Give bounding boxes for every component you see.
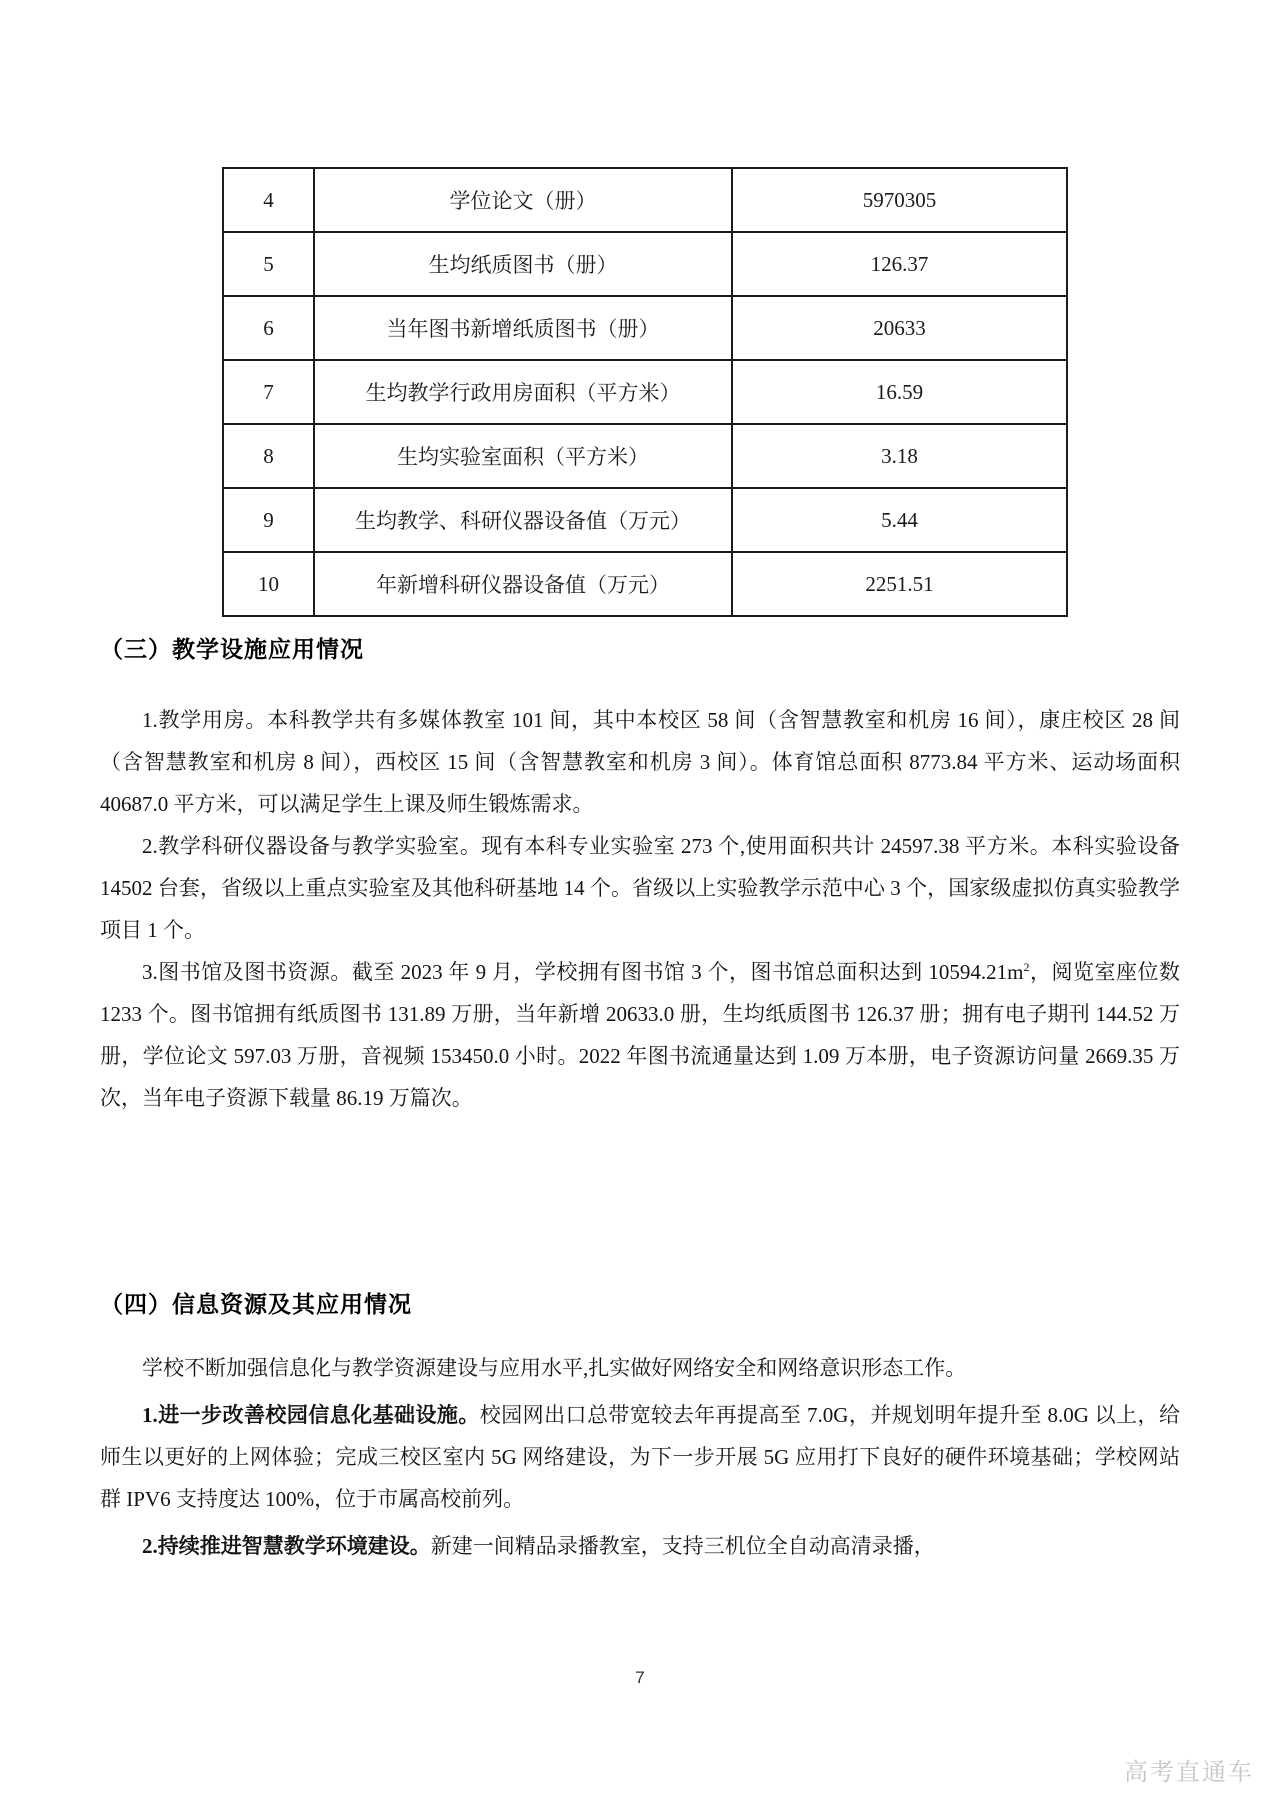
indicator-name-cell: 生均教学行政用房面积（平方米） — [314, 360, 732, 424]
indicator-value-cell: 16.59 — [732, 360, 1067, 424]
row-number-cell: 9 — [223, 488, 314, 552]
indicator-name-cell: 当年图书新增纸质图书（册） — [314, 296, 732, 360]
section-heading-teaching-facilities: （三）教学设施应用情况 — [100, 631, 364, 664]
table-row: 7 生均教学行政用房面积（平方米） 16.59 — [223, 360, 1067, 424]
indicator-name-cell: 学位论文（册） — [314, 168, 732, 232]
paragraph-campus-network: 1.进一步改善校园信息化基础设施。校园网出口总带宽较去年再提高至 7.0G，并规… — [100, 1394, 1180, 1520]
indicator-name-cell: 生均实验室面积（平方米） — [314, 424, 732, 488]
indicator-name-cell: 年新增科研仪器设备值（万元） — [314, 552, 732, 616]
section-body-teaching-facilities: 1.教学用房。本科教学共有多媒体教室 101 间，其中本校区 58 间（含智慧教… — [100, 699, 1180, 1119]
indicator-value-cell: 5970305 — [732, 168, 1067, 232]
table-row: 8 生均实验室面积（平方米） 3.18 — [223, 424, 1067, 488]
indicator-name-cell: 生均纸质图书（册） — [314, 232, 732, 296]
indicator-value-cell: 2251.51 — [732, 552, 1067, 616]
table-row: 6 当年图书新增纸质图书（册） 20633 — [223, 296, 1067, 360]
section-body-information-resources: 学校不断加强信息化与教学资源建设与应用水平,扎实做好网络安全和网络意识形态工作。… — [100, 1347, 1180, 1567]
indicator-value-cell: 126.37 — [732, 232, 1067, 296]
paragraph-text: 3.图书馆及图书资源。截至 2023 年 9 月，学校拥有图书馆 3 个，图书馆… — [142, 960, 1023, 984]
table-row: 10 年新增科研仪器设备值（万元） 2251.51 — [223, 552, 1067, 616]
row-number-cell: 5 — [223, 232, 314, 296]
paragraph-info-intro: 学校不断加强信息化与教学资源建设与应用水平,扎实做好网络安全和网络意识形态工作。 — [100, 1347, 1180, 1389]
paragraph-teaching-rooms: 1.教学用房。本科教学共有多媒体教室 101 间，其中本校区 58 间（含智慧教… — [100, 699, 1180, 825]
paragraph-smart-teaching: 2.持续推进智慧教学环境建设。新建一间精品录播教室，支持三机位全自动高清录播， — [100, 1525, 1180, 1567]
paragraph-lead: 2.持续推进智慧教学环境建设。 — [142, 1534, 431, 1558]
indicator-name-cell: 生均教学、科研仪器设备值（万元） — [314, 488, 732, 552]
table-row: 5 生均纸质图书（册） 126.37 — [223, 232, 1067, 296]
watermark: 高考直通车 — [1124, 1752, 1254, 1787]
row-number-cell: 4 — [223, 168, 314, 232]
section-heading-information-resources: （四）信息资源及其应用情况 — [100, 1286, 412, 1319]
indicator-value-cell: 3.18 — [732, 424, 1067, 488]
paragraph-lab-equipment: 2.教学科研仪器设备与教学实验室。现有本科专业实验室 273 个,使用面积共计 … — [100, 825, 1180, 951]
table-row: 9 生均教学、科研仪器设备值（万元） 5.44 — [223, 488, 1067, 552]
paragraph-library-resources: 3.图书馆及图书资源。截至 2023 年 9 月，学校拥有图书馆 3 个，图书馆… — [100, 951, 1180, 1119]
row-number-cell: 6 — [223, 296, 314, 360]
row-number-cell: 7 — [223, 360, 314, 424]
indicator-value-cell: 20633 — [732, 296, 1067, 360]
paragraph-text: 新建一间精品录播教室，支持三机位全自动高清录播， — [431, 1534, 935, 1558]
row-number-cell: 10 — [223, 552, 314, 616]
paragraph-lead: 1.进一步改善校园信息化基础设施。 — [142, 1403, 480, 1427]
row-number-cell: 8 — [223, 424, 314, 488]
indicator-value-cell: 5.44 — [732, 488, 1067, 552]
indicators-table: 4 学位论文（册） 5970305 5 生均纸质图书（册） 126.37 6 当… — [222, 167, 1068, 617]
page-number: 7 — [0, 1668, 1280, 1688]
table-row: 4 学位论文（册） 5970305 — [223, 168, 1067, 232]
